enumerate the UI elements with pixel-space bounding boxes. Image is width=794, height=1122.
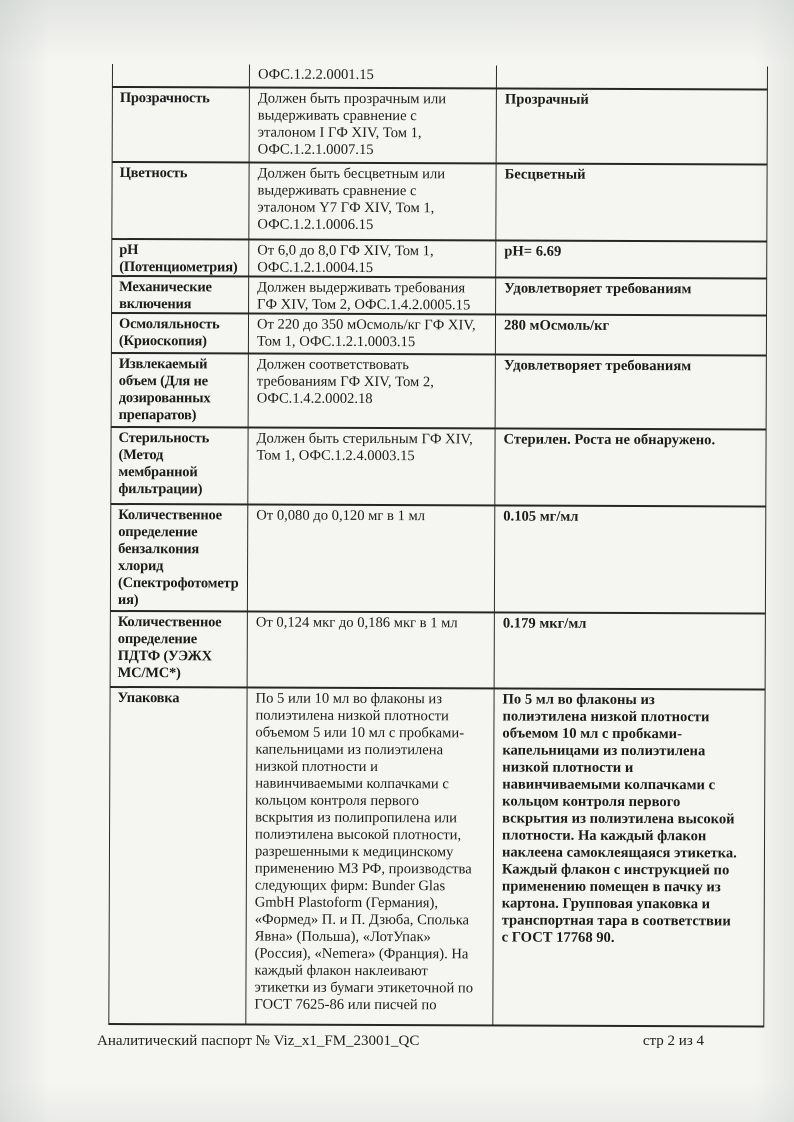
param-cell: Механические включения (111, 277, 249, 313)
result-cell: pH= 6.69 (496, 241, 767, 277)
table-row: Механические включения Должен выдерживат… (111, 277, 767, 317)
param-cell: Упаковка (108, 688, 247, 1024)
table-row: Упаковка По 5 или 10 мл во флаконы из по… (108, 688, 765, 1028)
table-row: Стерильность (Метод мембранной фильтраци… (110, 428, 766, 508)
param-cell: Прозрачность (112, 88, 250, 162)
requirement-cell: От 220 до 350 мОсмоль/кг ГФ XIV, Том 1, … (249, 315, 496, 354)
requirement-cell: ОФС.1.2.2.0001.15 (250, 65, 497, 88)
result-cell: По 5 мл во флаконы из полиэтилена низкой… (493, 689, 765, 1025)
table-row: Осмоляльность (Криоскопия) От 220 до 350… (111, 314, 767, 357)
result-cell: Стерилен. Роста не обнаружено. (495, 429, 766, 505)
param-cell: Цветность (111, 163, 249, 239)
requirement-cell: От 6,0 до 8,0 ГФ XIV, Том 1, ОФС.1.2.1.0… (249, 241, 496, 277)
result-cell: Бесцветный (496, 164, 767, 240)
requirement-cell: Должен быть прозрачным или выдерживать с… (250, 89, 497, 163)
table-row: ОФС.1.2.2.0001.15 (112, 64, 768, 91)
param-cell: Извлекаемый объем (Для не дозированных п… (111, 354, 249, 427)
param-cell: Осмоляльность (Криоскопия) (111, 314, 249, 353)
result-cell (497, 65, 768, 88)
result-cell: Удовлетворяет требованиям (496, 278, 767, 314)
result-cell: 0.179 мкг/мл (495, 613, 766, 688)
requirement-cell: Должен быть стерильным ГФ XIV, Том 1, ОФ… (248, 429, 495, 505)
footer-page-number: стр 2 из 4 (643, 1033, 704, 1050)
result-cell: 0.105 мг/мл (495, 506, 766, 612)
param-cell (112, 64, 250, 87)
page-footer: Аналитический паспорт № Viz_x1_FM_23001_… (97, 1033, 704, 1050)
scanned-page: ОФС.1.2.2.0001.15 Прозрачность Должен бы… (0, 0, 794, 1122)
table-row: Количественное определение бензалкония х… (110, 505, 766, 615)
spec-table: ОФС.1.2.2.0001.15 Прозрачность Должен бы… (108, 64, 768, 1028)
result-cell: 280 мОсмоль/кг (496, 315, 767, 354)
param-cell: Стерильность (Метод мембранной фильтраци… (110, 428, 248, 504)
requirement-cell: По 5 или 10 мл во флаконы из полиэтилена… (246, 689, 494, 1025)
table-row: Количественное определение ПДТФ (УЭЖХ МС… (110, 612, 766, 691)
param-cell: Количественное определение бензалкония х… (110, 505, 248, 611)
requirement-cell: Должен выдерживать требования ГФ XIV, То… (249, 278, 496, 314)
table-row: pH (Потенциометрия) От 6,0 до 8,0 ГФ XIV… (111, 240, 767, 280)
param-cell: pH (Потенциометрия) (111, 240, 249, 276)
requirement-cell: Должен соответствовать требованиям ГФ XI… (249, 355, 496, 428)
table-row: Цветность Должен быть бесцветным или выд… (111, 163, 767, 243)
footer-doc-number: Аналитический паспорт № Viz_x1_FM_23001_… (97, 1033, 419, 1050)
requirement-cell: Должен быть бесцветным или выдерживать с… (249, 164, 496, 240)
param-cell: Количественное определение ПДТФ (УЭЖХ МС… (110, 612, 248, 687)
result-cell: Удовлетворяет требованиям (496, 355, 767, 428)
requirement-cell: От 0,124 мкг до 0,186 мкг в 1 мл (248, 613, 495, 688)
table-row: Извлекаемый объем (Для не дозированных п… (111, 354, 767, 431)
table-row: Прозрачность Должен быть прозрачным или … (112, 88, 768, 166)
requirement-cell: От 0,080 до 0,120 мг в 1 мл (248, 506, 495, 612)
result-cell: Прозрачный (497, 89, 768, 163)
